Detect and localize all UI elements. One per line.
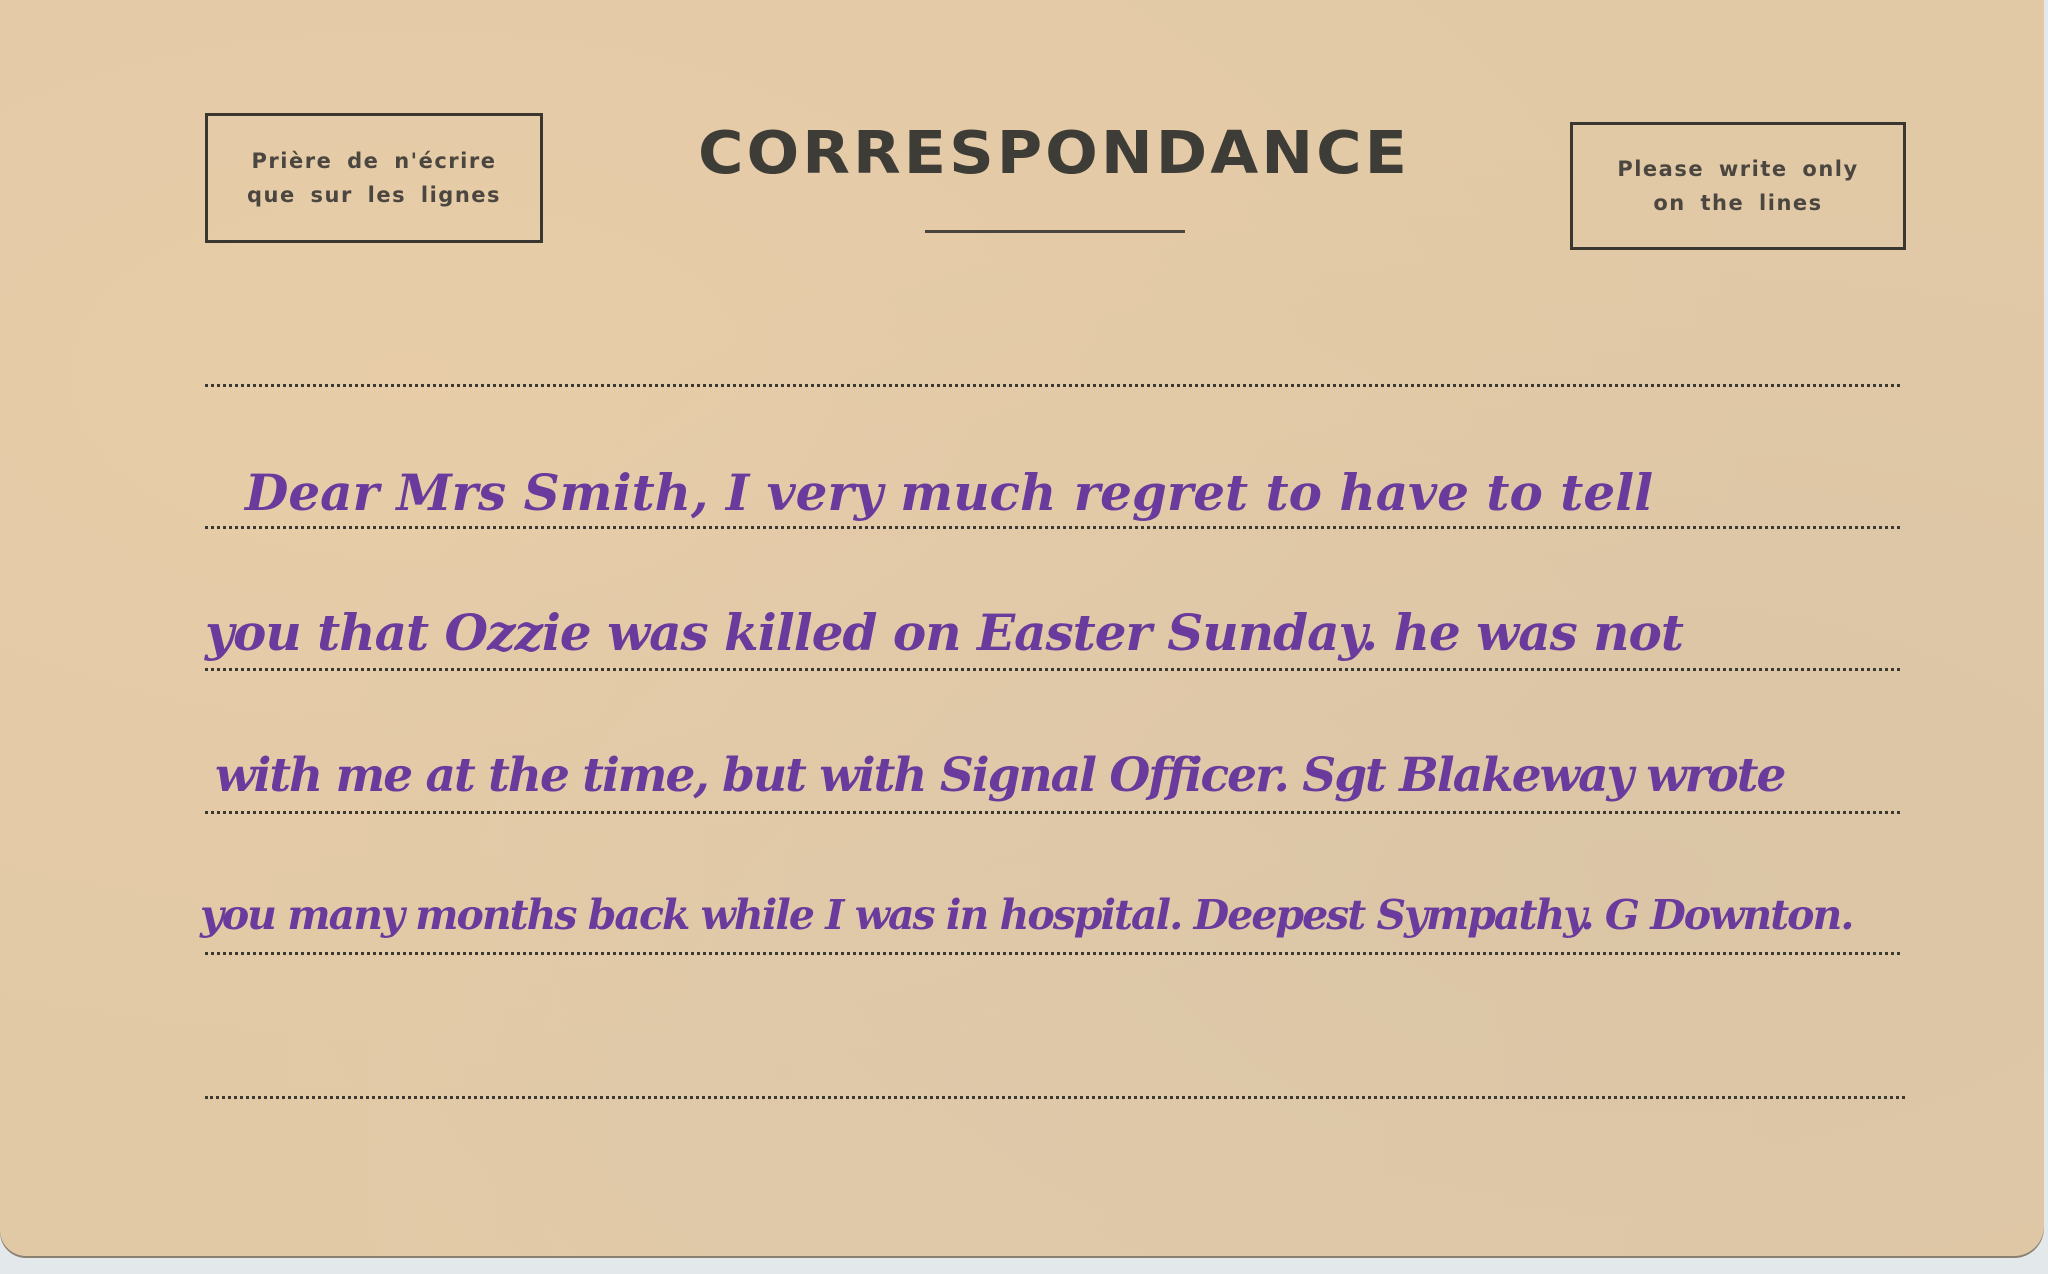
title-underline-divider bbox=[925, 230, 1185, 233]
writing-line-3 bbox=[205, 668, 1900, 671]
french-instruction-box: Prière de n'écrire que sur les lignes bbox=[205, 113, 543, 243]
page-title: CORRESPONDANCE bbox=[662, 118, 1446, 187]
writing-line-2 bbox=[205, 526, 1900, 529]
english-instruction-box: Please write only on the lines bbox=[1570, 122, 1906, 250]
french-instruction-line-2: que sur les lignes bbox=[247, 183, 501, 207]
handwritten-line-3: with me at the time, but with Signal Off… bbox=[215, 752, 1784, 799]
handwritten-line-2: you that Ozzie was killed on Easter Sund… bbox=[205, 608, 1683, 658]
english-instruction-line-1: Please write only bbox=[1617, 157, 1858, 181]
writing-line-6 bbox=[205, 1096, 1905, 1099]
french-instruction-line-1: Prière de n'écrire bbox=[252, 149, 497, 173]
writing-line-5 bbox=[205, 952, 1900, 955]
postcard: Prière de n'écrire que sur les lignes CO… bbox=[0, 0, 2044, 1256]
handwritten-line-1: Dear Mrs Smith, I very much regret to ha… bbox=[245, 468, 1653, 518]
writing-line-1 bbox=[205, 384, 1900, 387]
writing-line-4 bbox=[205, 811, 1900, 814]
handwritten-line-4: you many months back while I was in hosp… bbox=[200, 895, 1853, 936]
english-instruction-line-2: on the lines bbox=[1653, 191, 1822, 215]
